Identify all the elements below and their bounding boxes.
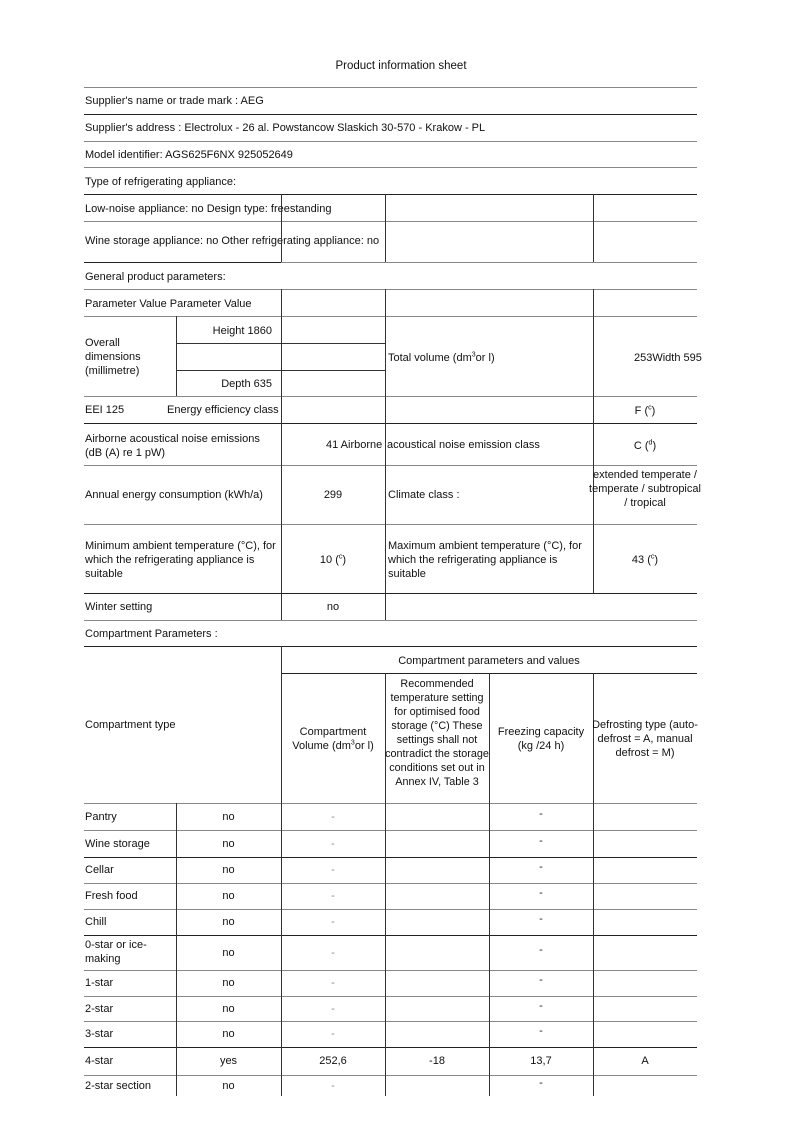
column-line [593,194,594,262]
divider [84,593,697,594]
climate-class-value: extended temperate / temperate / subtrop… [588,468,702,510]
compartment-volume: - [281,889,385,903]
divider [84,114,697,115]
column-line [385,289,386,316]
compartment-volume: - [281,976,385,990]
column-line [281,883,282,909]
compartment-group-header: Compartment parameters and values [281,654,697,668]
divider [84,167,697,168]
compartment-temperature: -18 [385,1054,489,1068]
column-line [176,1047,177,1075]
divider [84,465,697,466]
low-noise-row: Low-noise appliance: no Design type: fre… [85,202,331,216]
column-line [176,935,177,970]
column-line [385,1021,386,1047]
column-line [489,830,490,857]
column-line [281,935,282,970]
column-line [385,909,386,935]
column-line [281,996,282,1021]
divider [84,646,697,647]
compartment-freezing-capacity: - [489,999,593,1013]
column-line [385,803,386,830]
param-header-row: Parameter Value Parameter Value [85,297,252,311]
compartment-present: no [176,889,281,903]
column-line [176,970,177,996]
compartment-present: no [176,915,281,929]
column-line [281,646,282,803]
wine-storage-row: Wine storage appliance: no Other refrige… [85,234,379,248]
column-line [593,996,594,1021]
compartment-type: Cellar [85,863,173,877]
freezing-header: Freezing capacity (kg /24 h) [489,725,593,753]
column-line [281,289,282,316]
column-line [281,830,282,857]
compartment-present: no [176,837,281,851]
min-temp-value: 10 (c) [281,553,385,567]
column-line [489,909,490,935]
compartment-type: Wine storage [85,837,173,851]
winter-setting-value: no [281,600,385,614]
column-line [593,883,594,909]
column-line [385,883,386,909]
compartment-freezing-capacity: - [489,943,593,957]
compartment-freezing-capacity: - [489,1024,593,1038]
compartment-type: 0-star or ice-making [85,938,173,966]
column-line [593,289,594,316]
column-line [489,883,490,909]
column-line [593,909,594,935]
compartment-present: no [176,1079,281,1093]
depth-value: Depth 635 [176,377,272,391]
column-line [489,935,490,970]
noise-class-label: acoustical noise emission class [387,438,540,452]
column-line [281,396,282,423]
column-line [593,803,594,830]
compartment-freezing-capacity: 13,7 [489,1054,593,1068]
column-line [281,970,282,996]
compartment-freezing-capacity: - [489,1076,593,1090]
compartment-volume: - [281,863,385,877]
column-line [176,803,177,830]
min-temp-label: Minimum ambient temperature (°C), for wh… [85,539,280,581]
divider [84,262,281,263]
total-volume-label: Total volume (dm3or l) [388,351,495,365]
compartment-defrost-type: A [593,1054,697,1068]
compartment-freezing-capacity: - [489,807,593,821]
column-line [281,1075,282,1096]
column-line [385,465,386,524]
column-line [176,830,177,857]
noise-class-value: C (d) [593,439,697,453]
column-line [489,857,490,883]
column-line [281,316,282,396]
column-line [176,909,177,935]
divider [84,87,697,88]
column-line [385,935,386,970]
column-line [593,1075,594,1096]
compartment-type: 2-star [85,1002,173,1016]
compartment-freezing-capacity: - [489,912,593,926]
column-line [281,1021,282,1047]
general-params-heading: General product parameters: [85,270,226,284]
column-line [176,996,177,1021]
divider [84,141,697,142]
product-information-sheet: Product information sheet Supplier's nam… [0,0,802,1134]
column-line [385,396,386,423]
column-line [593,316,594,396]
total-volume-value: 253Width 595 [634,351,702,365]
compartment-heading: Compartment Parameters : [85,627,218,641]
volume-header: Compartment Volume (dm3or l) [283,725,383,753]
column-line [385,1075,386,1096]
column-line [489,1047,490,1075]
column-line [593,857,594,883]
compartment-type: Pantry [85,810,173,824]
compartment-freezing-capacity: - [489,860,593,874]
energy-class-label: Energy efficiency class [167,403,279,417]
compartment-volume: - [281,1079,385,1093]
compartment-type: 3-star [85,1027,173,1041]
compartment-type: 2-star section [85,1079,173,1093]
column-line [281,803,282,830]
column-line [385,970,386,996]
compartment-present: no [176,810,281,824]
compartment-freezing-capacity: - [489,834,593,848]
divider [84,620,697,621]
column-line [281,857,282,883]
compartment-freezing-capacity: - [489,973,593,987]
compartment-volume: - [281,915,385,929]
supplier-name: Supplier's name or trade mark : AEG [85,94,264,108]
compartment-present: no [176,976,281,990]
energy-class-value: F (c) [593,404,697,418]
column-line [489,803,490,830]
compartment-present: yes [176,1054,281,1068]
compartment-present: no [176,1002,281,1016]
max-temp-value: 43 (c) [593,553,697,567]
column-line [385,316,386,396]
compartment-volume: - [281,1002,385,1016]
compartment-type: Chill [85,915,173,929]
compartment-volume: - [281,837,385,851]
column-line [281,1047,282,1075]
eei-value: EEI 125 [85,403,124,417]
model-identifier: Model identifier: AGS625F6NX 925052649 [85,148,293,162]
column-line [385,996,386,1021]
column-line [593,970,594,996]
column-line [593,830,594,857]
height-value: Height 1860 [176,324,272,338]
divider [84,221,697,222]
column-line [593,935,594,970]
compartment-freezing-capacity: - [489,886,593,900]
column-line [176,1075,177,1096]
column-line [176,883,177,909]
column-line [489,970,490,996]
page-title: Product information sheet [0,60,802,72]
overall-dimensions-label: Overall dimensions (millimetre) [85,336,173,378]
column-line [281,194,282,262]
compartment-present: no [176,863,281,877]
column-line [489,996,490,1021]
column-line [593,1021,594,1047]
supplier-address: Supplier's address : Electrolux - 26 al.… [85,121,485,135]
divider [84,396,697,397]
divider [281,262,697,263]
appliance-type-heading: Type of refrigerating appliance: [85,175,236,189]
compartment-type: 1-star [85,976,173,990]
compartment-volume: 252,6 [281,1054,385,1068]
column-line [593,1047,594,1075]
divider [84,524,697,525]
column-line [281,423,282,465]
column-line [385,423,386,465]
column-line [281,909,282,935]
column-line [385,830,386,857]
column-line [176,857,177,883]
annual-energy-label: Annual energy consumption (kWh/a) [85,488,263,502]
compartment-type: Fresh food [85,889,173,903]
column-line [385,857,386,883]
compartment-volume: - [281,946,385,960]
column-line [489,1075,490,1096]
column-line [385,524,386,593]
noise-emission-label: Airborne acoustical noise emissions (dB … [85,432,280,460]
column-line [489,1021,490,1047]
compartment-type-header: Compartment type [85,718,175,732]
divider [84,194,697,195]
compartment-present: no [176,946,281,960]
divider [84,423,697,424]
annual-energy-value: 299 [281,488,385,502]
temperature-header: Recommended temperature setting for opti… [384,677,490,789]
divider [84,289,697,290]
column-line [385,194,386,262]
compartment-volume: - [281,810,385,824]
noise-emission-value: 41 Airborne [326,438,382,452]
max-temp-label: Maximum ambient temperature (°C), for wh… [388,539,593,581]
winter-setting-label: Winter setting [85,600,152,614]
column-line [176,1021,177,1047]
compartment-present: no [176,1027,281,1041]
compartment-volume: - [281,1027,385,1041]
compartment-type: 4-star [85,1054,173,1068]
column-line [385,593,386,620]
defrost-header: Defrosting type (auto-defrost = A, manua… [591,718,699,760]
climate-class-label: Climate class : [388,488,460,502]
column-line [385,1047,386,1075]
